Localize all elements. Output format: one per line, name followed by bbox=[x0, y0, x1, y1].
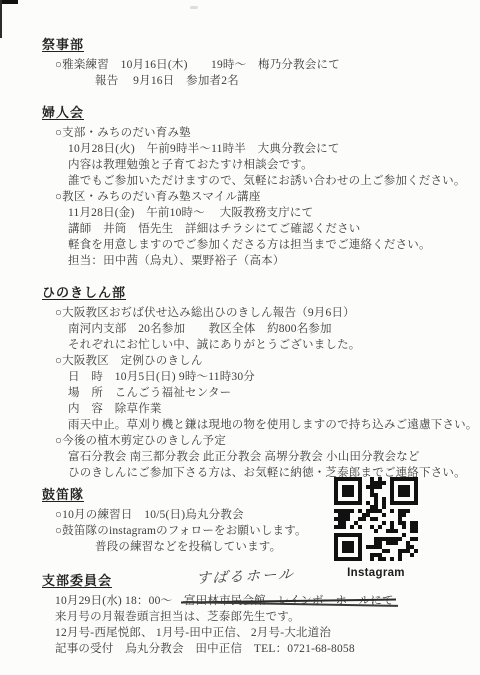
text-line: ○支部・みちのだい育み塾 bbox=[55, 125, 480, 141]
text-line: 報告 9月16日 参加者2名 bbox=[95, 73, 480, 89]
scan-artifact-corner bbox=[0, 0, 18, 4]
section-festival: 祭事部 ○雅楽練習 10月16日(木) 19時～ 梅乃分教会にて 報告 9月16… bbox=[0, 36, 480, 89]
text-line: 場 所 こんごう福祉センター bbox=[68, 385, 480, 401]
text-line: 12月号-西尾悦郎、 1月号-田中正信、 2月号-大北道治 bbox=[55, 625, 480, 641]
text-line: 内 容 除草作業 bbox=[68, 401, 480, 417]
instagram-qr-code-icon bbox=[334, 477, 418, 561]
text-line: ひのきしんにご参加下さる方は、お気軽に納徳・芝泰郎までご連絡下さい。 bbox=[68, 465, 480, 481]
section-branch-committee: 支部委員会 10月29日(水) 18：00～ 富田林市民会館 レインボーホールに… bbox=[0, 572, 480, 657]
text-line: 10月29日(水) 18：00～ 富田林市民会館 レインボーホールにて bbox=[55, 593, 480, 609]
text-line: 普段の練習などを投稿しています。 bbox=[95, 539, 480, 555]
section-heading-drum-corps: 鼓笛隊 bbox=[42, 486, 84, 503]
section-heading-festival: 祭事部 bbox=[42, 36, 84, 53]
section-heading-branch-committee: 支部委員会 bbox=[42, 572, 112, 589]
text-line: それぞれにお忙しい中、誠にありがとうございました。 bbox=[68, 337, 480, 353]
text-line: ○大阪教区 定例ひのきしん bbox=[55, 353, 480, 369]
text-line: 富石分教会 南三都分教会 此正分教会 高堺分教会 小山田分教会など bbox=[68, 449, 480, 465]
scan-artifact-edge bbox=[0, 0, 2, 38]
section-heading-womens-association: 婦人会 bbox=[42, 104, 84, 121]
text-line: 担当：田中茜（烏丸）、粟野裕子（高本） bbox=[68, 253, 480, 269]
scan-artifact-smudge bbox=[190, 6, 198, 9]
text-line: ○雅楽練習 10月16日(木) 19時～ 梅乃分教会にて bbox=[55, 57, 480, 73]
text-line: ○今後の植木剪定ひのきしん予定 bbox=[55, 433, 480, 449]
text-line: 軽食を用意しますのでご参加くださる方は担当までご連絡ください。 bbox=[68, 237, 480, 253]
struck-venue-text: 富田林市民会館 レインボーホールにて bbox=[184, 593, 394, 609]
text-line: 10月28日(火) 午前9時半～11時半 大典分教会にて bbox=[68, 141, 480, 157]
section-hinokishin: ひのきしん部 ○大阪教区おぢば伏せ込み総出ひのきしん報告（9月6日） 南河内支部… bbox=[0, 284, 480, 481]
text-line: ○教区・みちのだい育み塾スマイル講座 bbox=[55, 189, 480, 205]
text-line: 誰でもご参加いただけますので、気軽にお誘い合わせの上ご参加ください。 bbox=[68, 173, 480, 189]
text-line: 講師 井筒 悟先生 詳細はチラシにてご確認ください bbox=[68, 221, 480, 237]
text-line: 南河内支部 20名参加 教区全体 約800名参加 bbox=[68, 321, 480, 337]
text-line: 来月号の月報巻頭言担当は、芝泰郎先生です。 bbox=[55, 609, 480, 625]
section-womens-association: 婦人会 ○支部・みちのだい育み塾 10月28日(火) 午前9時半～11時半 大典… bbox=[0, 104, 480, 269]
section-heading-hinokishin: ひのきしん部 bbox=[42, 284, 126, 301]
instagram-qr-block: Instagram bbox=[334, 477, 418, 579]
text-line: 記事の受付 烏丸分教会 田中正信 TEL：0721-68-8058 bbox=[55, 641, 480, 657]
text-line: 11月28日(金) 午前10時～ 大阪教務支庁にて bbox=[68, 205, 480, 221]
text-line: ○大阪教区おぢば伏せ込み総出ひのきしん報告（9月6日） bbox=[55, 305, 480, 321]
scanned-newsletter-page: 祭事部 ○雅楽練習 10月16日(木) 19時～ 梅乃分教会にて 報告 9月16… bbox=[0, 0, 480, 675]
text-line: 内容は教理勉強と子育ておたすけ相談会です。 bbox=[68, 157, 480, 173]
text-line: 雨天中止。草刈り機と鎌は現地の物を使用しますので持ち込みご遠慮下さい。 bbox=[68, 417, 480, 433]
meeting-datetime: 10月29日(水) 18：00～ bbox=[55, 595, 184, 607]
text-line: 日 時 10月5日(日) 9時～11時30分 bbox=[68, 369, 480, 385]
